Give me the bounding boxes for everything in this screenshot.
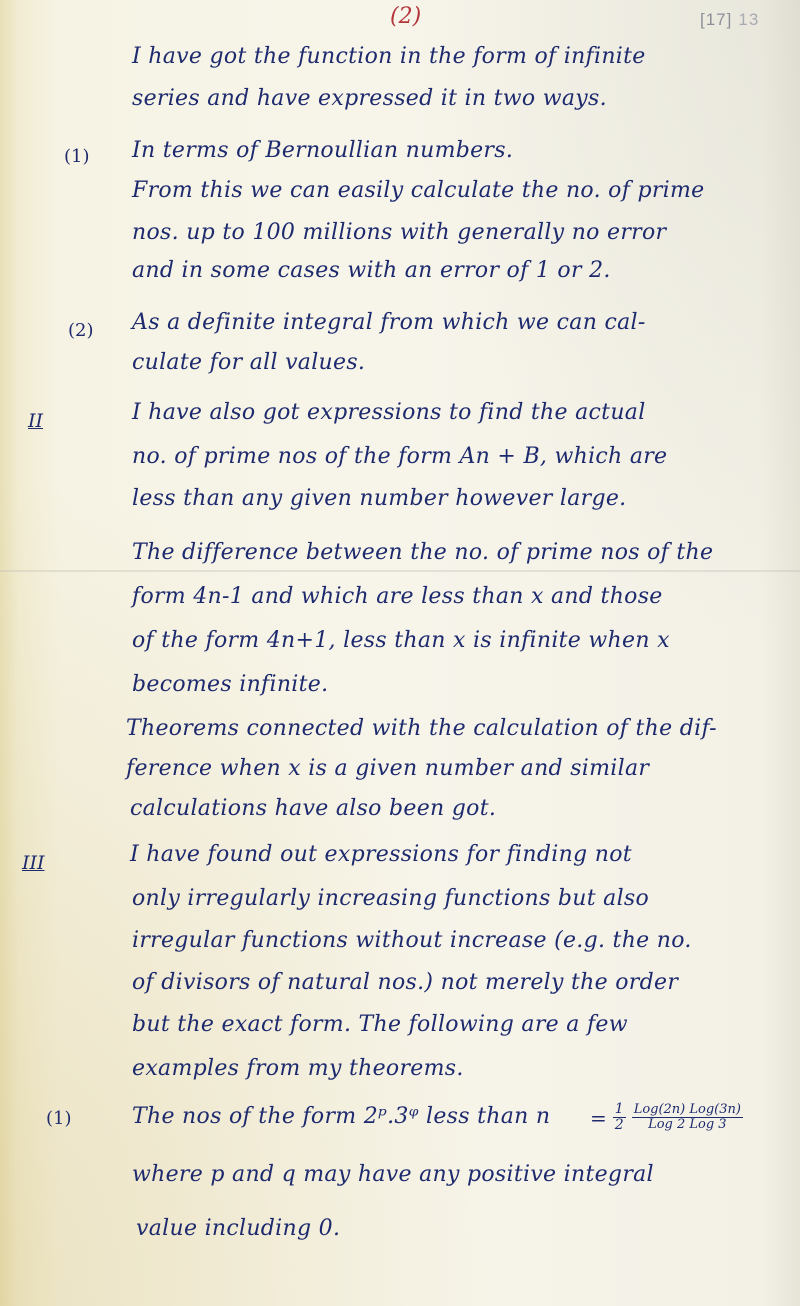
- formula: = 1 2 Log(2n) Log(3n) Log 2 Log 3: [590, 1102, 743, 1134]
- text-line: series and have expressed it in two ways…: [132, 86, 607, 111]
- text-line: I have got the function in the form of i…: [132, 44, 646, 69]
- manuscript-page: (2) [17]13 I have got the function in th…: [0, 0, 800, 1306]
- text-line: where p and q may have any positive inte…: [132, 1162, 654, 1187]
- text-line: but the exact form. The following are a …: [132, 1012, 628, 1037]
- text-line: only irregularly increasing functions bu…: [132, 886, 649, 911]
- text-line: nos. up to 100 millions with generally n…: [132, 220, 666, 245]
- text-line: and in some cases with an error of 1 or …: [132, 258, 611, 283]
- item-marker: (1): [64, 146, 90, 167]
- section-marker-roman: III: [22, 852, 45, 874]
- text-line: I have also got expressions to find the …: [132, 400, 646, 425]
- section-marker-roman: II: [28, 410, 43, 432]
- archive-reference: [17]13: [700, 10, 759, 30]
- paper-fold: [0, 570, 800, 572]
- text-line: I have found out expressions for finding…: [130, 842, 632, 867]
- page-number: (2): [390, 4, 421, 29]
- text-line: calculations have also been got.: [130, 796, 496, 821]
- text-line: less than any given number however large…: [132, 486, 626, 511]
- text-line: culate for all values.: [132, 350, 365, 375]
- text-line: no. of prime nos of the form An + B, whi…: [132, 444, 667, 469]
- text-line: becomes infinite.: [132, 672, 328, 697]
- text-line: value including 0.: [136, 1216, 340, 1241]
- item-marker: (1): [46, 1108, 72, 1129]
- archive-bracket-number: [17]: [700, 10, 732, 29]
- text-line: Theorems connected with the calculation …: [126, 716, 717, 741]
- folio-number: 13: [738, 10, 759, 29]
- text-line: As a definite integral from which we can…: [132, 310, 646, 335]
- item-marker: (2): [68, 320, 94, 341]
- fraction-half: 1 2: [613, 1102, 626, 1134]
- text-line: form 4n-1 and which are less than x and …: [132, 584, 663, 609]
- text-line: From this we can easily calculate the no…: [132, 178, 704, 203]
- text-line: The nos of the form 2ᵖ.3ᵠ less than n: [132, 1104, 550, 1129]
- text-line: irregular functions without increase (e.…: [132, 928, 692, 953]
- text-line: of divisors of natural nos.) not merely …: [132, 970, 678, 995]
- text-line: The difference between the no. of prime …: [132, 540, 713, 565]
- formula-equals: =: [590, 1106, 607, 1130]
- text-line: of the form 4n+1, less than x is infinit…: [132, 628, 670, 653]
- text-line: examples from my theorems.: [132, 1056, 464, 1081]
- text-line: ference when x is a given number and sim…: [126, 756, 649, 781]
- text-line: In terms of Bernoullian numbers.: [132, 138, 513, 163]
- fraction-log: Log(2n) Log(3n) Log 2 Log 3: [632, 1103, 743, 1133]
